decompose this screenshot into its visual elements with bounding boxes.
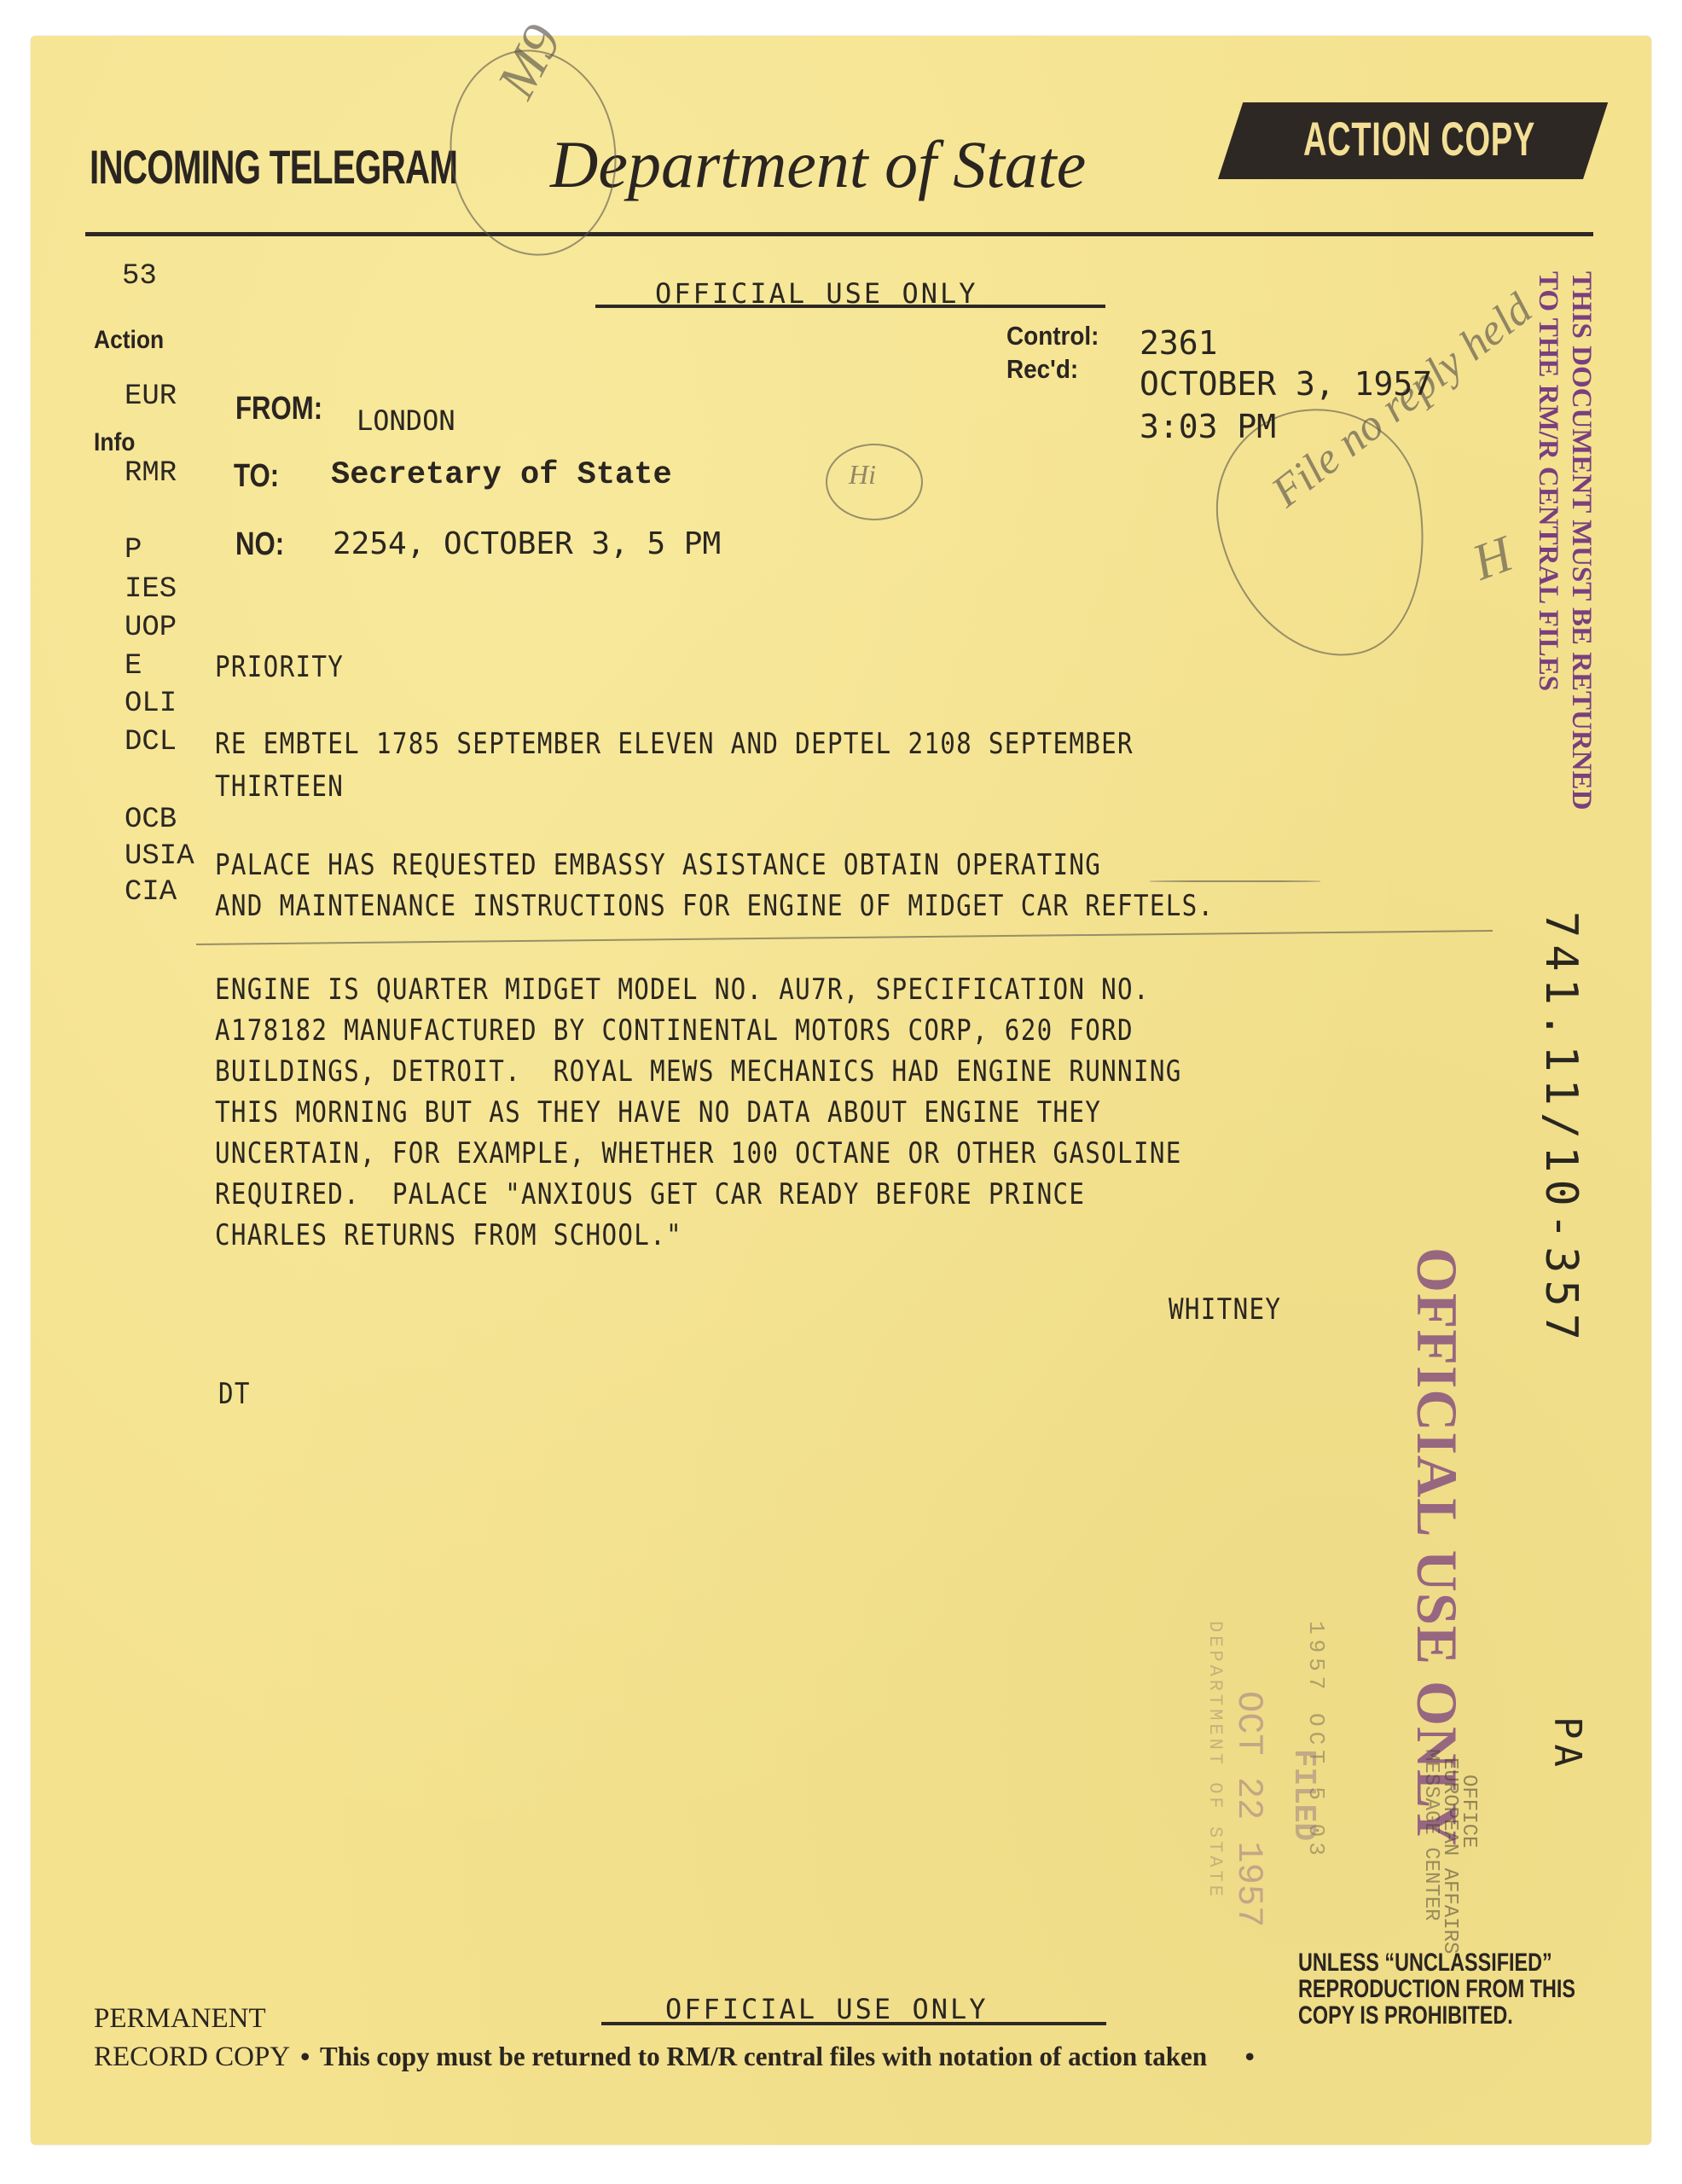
pencil-underline: [1150, 880, 1320, 882]
info-office: CIA: [125, 876, 177, 909]
info-office: OCB: [125, 804, 177, 836]
filed-stamp: FILED: [1286, 1749, 1321, 1841]
received-time: 3:03 PM: [1140, 408, 1276, 445]
paragraph2-line: CHARLES RETURNS FROM SCHOOL.": [215, 1218, 682, 1252]
control-number: 2361: [1140, 324, 1218, 362]
info-office: E: [125, 650, 142, 682]
agency-title: Department of State: [550, 126, 1086, 203]
reproduction-notice-line: UNLESS “UNCLASSIFIED”: [1298, 1949, 1552, 1976]
operator-initials: DT: [218, 1377, 251, 1411]
paragraph2-line: REQUIRED. PALACE "ANXIOUS GET CAR READY …: [215, 1177, 1085, 1211]
office-stamp: OFFICE: [1459, 1774, 1477, 1848]
no-label: NO:: [235, 526, 284, 563]
info-office: USIA: [125, 840, 194, 873]
paragraph2-line: ENGINE IS QUARTER MIDGET MODEL NO. AU7R,…: [215, 973, 1150, 1007]
reproduction-notice-line: REPRODUCTION FROM THIS: [1298, 1976, 1575, 2002]
info-office: DCL: [125, 726, 177, 758]
info-office: P: [125, 534, 142, 566]
from-value: LONDON: [357, 404, 455, 437]
return-notice-stamp: THIS DOCUMENT MUST BE RETURNED: [1565, 271, 1598, 810]
info-office: OLI: [125, 688, 177, 720]
paragraph1-line: PALACE HAS REQUESTED EMBASSY ASISTANCE O…: [215, 848, 1101, 882]
return-instruction: This copy must be returned to RM/R centr…: [320, 2041, 1207, 2072]
info-office: RMR: [125, 457, 177, 490]
classification-bottom: OFFICIAL USE ONLY: [665, 1993, 989, 2025]
permanent-label: PERMANENT: [94, 2003, 266, 2035]
reference-line: RE EMBTEL 1785 SEPTEMBER ELEVEN AND DEPT…: [215, 727, 1134, 761]
paragraph2-line: A178182 MANUFACTURED BY CONTINENTAL MOTO…: [215, 1014, 1134, 1048]
no-value: 2254, OCTOBER 3, 5 PM: [333, 526, 721, 561]
department-stamp: DEPARTMENT OF STATE: [1204, 1621, 1226, 1900]
control-label: Control:: [1006, 321, 1099, 351]
date-stamp: OCT 22 1957: [1228, 1691, 1269, 1927]
reproduction-notice-line: COPY IS PROHIBITED.: [1298, 2002, 1513, 2029]
paragraph1-line: AND MAINTENANCE INSTRUCTIONS FOR ENGINE …: [215, 889, 1214, 923]
paragraph2-line: THIS MORNING BUT AS THEY HAVE NO DATA AB…: [215, 1095, 1101, 1130]
record-copy-line: RECORD COPY • This copy must be returned…: [94, 2041, 1255, 2073]
reference-line: THIRTEEN: [215, 770, 344, 804]
form-type-title: INCOMING TELEGRAM: [90, 139, 457, 195]
action-copy-label: ACTION COPY: [1303, 111, 1535, 166]
to-label: TO:: [234, 458, 279, 495]
office-stamp: MESSAGE CENTER: [1421, 1749, 1440, 1921]
paragraph2-line: BUILDINGS, DETROIT. ROYAL MEWS MECHANICS…: [215, 1054, 1182, 1089]
info-label: Info: [94, 428, 135, 457]
from-label: FROM:: [235, 391, 322, 427]
routing-mark: PA: [1546, 1716, 1589, 1772]
bullet-icon: •: [300, 2041, 310, 2072]
office-stamp: EUROPEAN AFFAIRS: [1440, 1757, 1459, 1954]
bullet-icon: •: [1245, 2041, 1255, 2072]
routing-number: 53: [122, 260, 157, 293]
return-notice-stamp: TO THE RM/R CENTRAL FILES: [1532, 271, 1564, 691]
precedence: PRIORITY: [215, 650, 344, 684]
to-value: Secretary of State: [331, 457, 672, 493]
header-divider: [85, 232, 1593, 236]
info-office: UOP: [125, 612, 177, 644]
pencil-hi-annotation: Hi: [849, 459, 876, 491]
paragraph2-line: UNCERTAIN, FOR EXAMPLE, WHETHER 100 OCTA…: [215, 1136, 1182, 1170]
file-number: 741.11/10-357: [1535, 911, 1586, 1347]
action-office: EUR: [125, 380, 177, 413]
received-label: Rec'd:: [1006, 354, 1078, 385]
record-copy-label: RECORD COPY: [94, 2042, 290, 2073]
classification-bottom-underline: [601, 2022, 1106, 2025]
signature: WHITNEY: [1169, 1292, 1281, 1327]
action-label: Action: [94, 326, 164, 355]
info-office: IES: [125, 573, 177, 606]
classification-top-underline: [595, 305, 1105, 308]
received-date: OCTOBER 3, 1957: [1140, 365, 1432, 403]
